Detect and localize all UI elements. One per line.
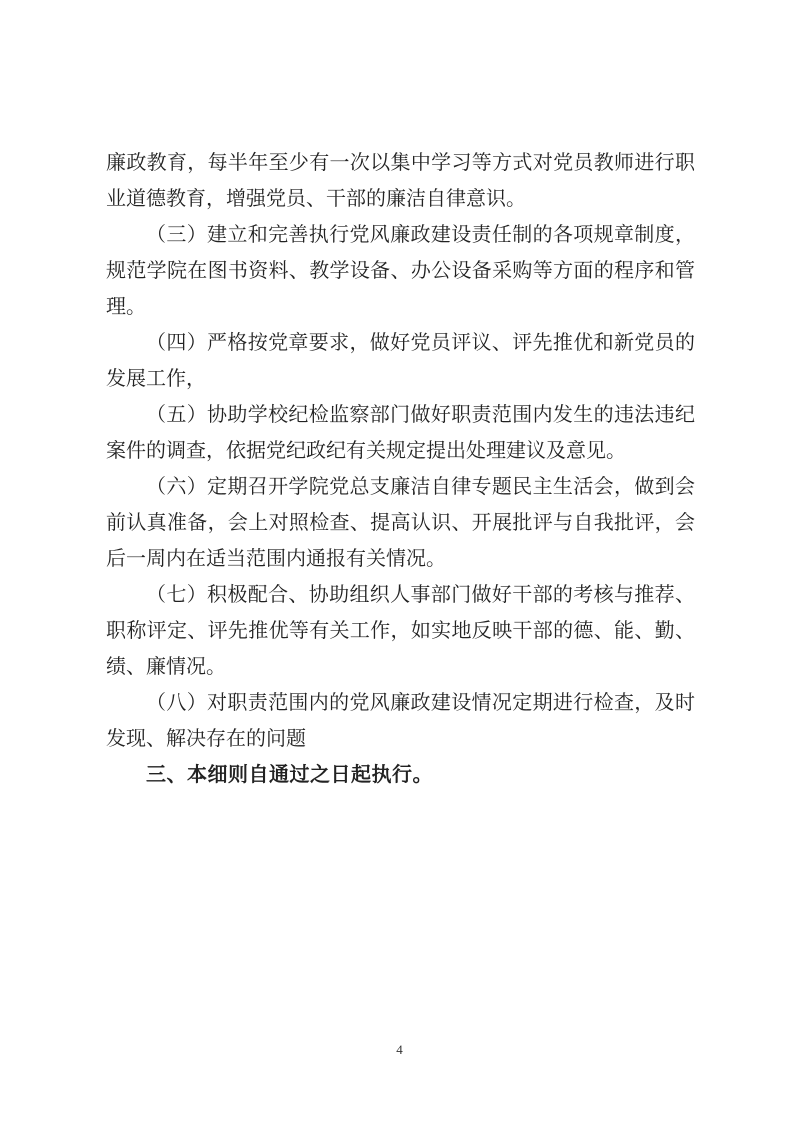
- paragraph: 三、本细则自通过之日起执行。: [106, 757, 695, 793]
- page-footer: 4: [0, 1042, 799, 1058]
- paragraph: （八）对职责范围内的党风廉政建设情况定期进行检查，及时发现、解决存在的问题: [106, 685, 695, 757]
- document-body-text: 廉政教育，每半年至少有一次以集中学习等方式对党员教师进行职业道德教育，增强党员、…: [106, 145, 695, 793]
- paragraph: （四）严格按党章要求，做好党员评议、评先推优和新党员的发展工作，: [106, 325, 695, 397]
- paragraph: （六）定期召开学院党总支廉洁自律专题民主生活会，做到会前认真准备，会上对照检查、…: [106, 469, 695, 577]
- paragraph: （五）协助学校纪检监察部门做好职责范围内发生的违法违纪案件的调查，依据党纪政纪有…: [106, 397, 695, 469]
- document-page: 廉政教育，每半年至少有一次以集中学习等方式对党员教师进行职业道德教育，增强党员、…: [0, 0, 799, 1131]
- paragraph: （七）积极配合、协助组织人事部门做好干部的考核与推荐、职称评定、评先推优等有关工…: [106, 577, 695, 685]
- paragraph: （三）建立和完善执行党风廉政建设责任制的各项规章制度，规范学院在图书资料、教学设…: [106, 217, 695, 325]
- page-number: 4: [396, 1042, 403, 1057]
- paragraph: 廉政教育，每半年至少有一次以集中学习等方式对党员教师进行职业道德教育，增强党员、…: [106, 145, 695, 217]
